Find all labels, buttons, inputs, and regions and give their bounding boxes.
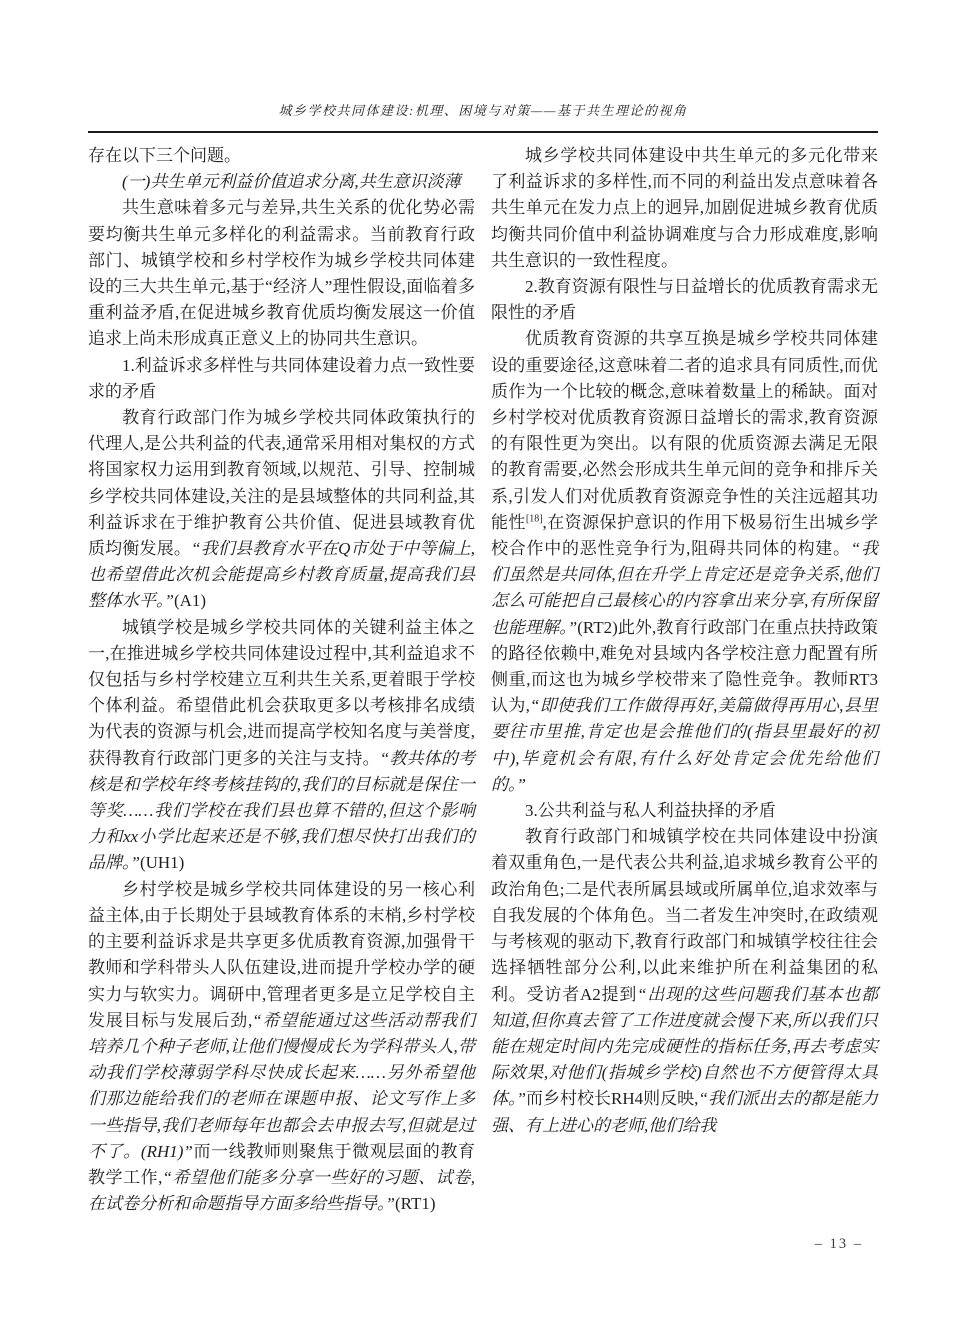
text-run: 城镇学校是城乡学校共同体的关键利益主体之一,在推进城乡学校共同体建设过程中,其利… bbox=[88, 618, 475, 768]
paragraph: 3.公共利益与私人利益抉择的矛盾 bbox=[491, 798, 878, 824]
text-run: “即使我们工作做得再好,美篇做得再用心,县里要往市里推,肯定也是会推他们的(指县… bbox=[491, 696, 878, 794]
text-run: 城乡学校共同体建设中共生单元的多元化带来了利益诉求的多样性,而不同的利益出发点意… bbox=[491, 146, 878, 270]
paragraph: 城镇学校是城乡学校共同体的关键利益主体之一,在推进城乡学校共同体建设过程中,其利… bbox=[88, 615, 475, 877]
paragraph: 1.利益诉求多样性与共同体建设着力点一致性要求的矛盾 bbox=[88, 353, 475, 405]
text-run: (UH1) bbox=[140, 853, 184, 872]
paragraph: (一)共生单元利益价值追求分离,共生意识淡薄 bbox=[88, 169, 475, 195]
running-head-title: 城乡学校共同体建设:机理、困境与对策——基于共生理论的视角 bbox=[88, 100, 878, 119]
text-run: (A1) bbox=[174, 591, 206, 610]
text-run: 教育行政部门作为城乡学校共同体政策执行的代理人,是公共利益的代表,通常采用相对集… bbox=[88, 408, 475, 558]
paragraph: 教育行政部门和城镇学校在共同体建设中扮演着双重角色,一是代表公共利益,追求城乡教… bbox=[491, 824, 878, 1138]
article-columns: 存在以下三个问题。(一)共生单元利益价值追求分离,共生意识淡薄共生意味着多元与差… bbox=[88, 143, 878, 1221]
paragraph: 优质教育资源的共享互换是城乡学校共同体建设的重要途径,这意味着二者的追求具有同质… bbox=[491, 326, 878, 798]
page-number: – 13 – bbox=[88, 1236, 878, 1253]
text-run: 而乡村校长RH4则反映, bbox=[526, 1089, 698, 1108]
text-run: “希望能通过这些活动帮我们培养几个种子老师,让他们慢慢成长为学科带头人,带动我们… bbox=[88, 1011, 475, 1161]
text-run: 优质教育资源的共享互换是城乡学校共同体建设的重要途径,这意味着二者的追求具有同质… bbox=[491, 329, 878, 531]
text-run: ,在资源保护意识的作用下极易衍生出城乡学校合作中的恶性竞争行为,阻碍共同体的构建… bbox=[491, 513, 878, 558]
text-run: 乡村学校是城乡学校共同体建设的另一核心利益主体,由于长期处于县域教育体系的末梢,… bbox=[88, 880, 475, 1030]
paragraph: 2.教育资源有限性与日益增长的优质教育需求无限性的矛盾 bbox=[491, 274, 878, 326]
citation-superscript: [18] bbox=[526, 513, 543, 524]
text-run: 存在以下三个问题。 bbox=[88, 146, 241, 165]
paragraph: 乡村学校是城乡学校共同体建设的另一核心利益主体,由于长期处于县域教育体系的末梢,… bbox=[88, 877, 475, 1218]
text-run: 教育行政部门和城镇学校在共同体建设中扮演着双重角色,一是代表公共利益,追求城乡教… bbox=[491, 827, 878, 1003]
paper-page: 城乡学校共同体建设:机理、困境与对策——基于共生理论的视角 存在以下三个问题。(… bbox=[0, 0, 966, 1324]
header-rule bbox=[88, 131, 878, 133]
text-run: 1.利益诉求多样性与共同体建设着力点一致性要求的矛盾 bbox=[88, 356, 475, 401]
paragraph: 共生意味着多元与差异,共生关系的优化势必需要均衡共生单元多样化的利益需求。当前教… bbox=[88, 195, 475, 352]
paragraph: 城乡学校共同体建设中共生单元的多元化带来了利益诉求的多样性,而不同的利益出发点意… bbox=[491, 143, 878, 274]
text-run: (一)共生单元利益价值追求分离,共生意识淡薄 bbox=[122, 172, 461, 191]
text-run: (RT1) bbox=[395, 1194, 436, 1213]
text-run: 共生意味着多元与差异,共生关系的优化势必需要均衡共生单元多样化的利益需求。当前教… bbox=[88, 198, 475, 348]
paragraph: 教育行政部门作为城乡学校共同体政策执行的代理人,是公共利益的代表,通常采用相对集… bbox=[88, 405, 475, 615]
text-run: 2.教育资源有限性与日益增长的优质教育需求无限性的矛盾 bbox=[491, 277, 878, 322]
text-run: 3.公共利益与私人利益抉择的矛盾 bbox=[525, 801, 776, 820]
paragraph: 存在以下三个问题。 bbox=[88, 143, 475, 169]
